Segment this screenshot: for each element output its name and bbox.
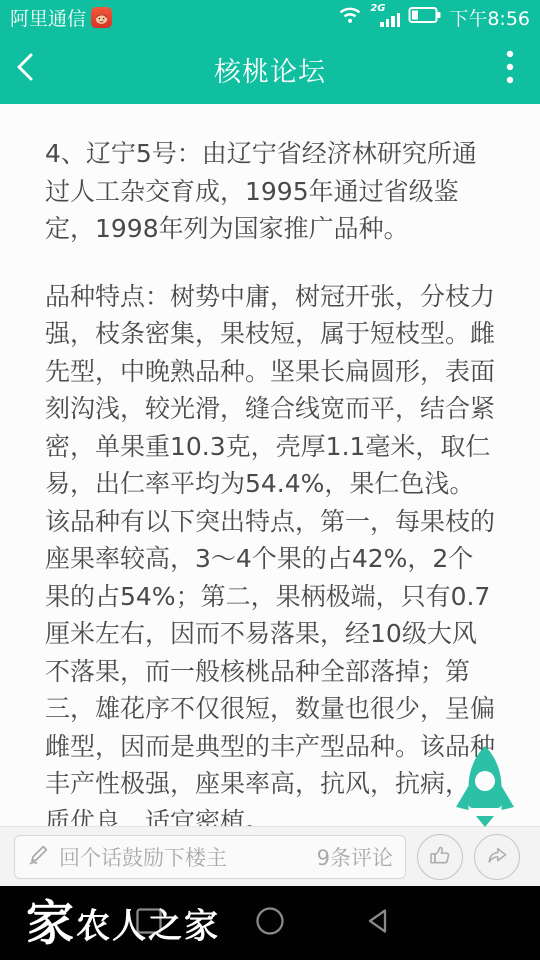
wifi-icon [338,5,362,29]
monkey-emoji-icon [91,7,112,28]
status-bar: 阿里通信 2G [0,0,540,34]
reply-placeholder: 回个话鼓励下楼主 [59,842,227,872]
clock-label: 下午8:56 [449,4,530,31]
chevron-left-icon [12,50,38,88]
post-paragraph-intro: 4、辽宁5号：由辽宁省经济林研究所通过人工杂交育成，1995年通过省级鉴定，19… [45,135,495,248]
battery-icon [408,6,441,29]
back-nav-button[interactable] [365,907,391,939]
app-header: 核桃论坛 [0,34,540,104]
pencil-icon [27,842,51,871]
post-paragraph-traits: 品种特点：树势中庸，树冠开张，分枝力强，枝条密集，果枝短，属于短枝型。雌先型，中… [45,278,495,827]
comment-bar: 回个话鼓励下楼主 9条评论 [0,826,540,886]
comment-count-label[interactable]: 9条评论 [317,842,393,872]
reply-input[interactable]: 回个话鼓励下楼主 9条评论 [14,835,406,879]
post-content-scroll-area[interactable]: 4、辽宁5号：由辽宁省经济林研究所通过人工杂交育成，1995年通过省级鉴定，19… [0,104,540,826]
signal-bars-icon: 2G [370,5,400,29]
status-right: 2G 下午8:56 [338,4,530,31]
phone-screen: 阿里通信 2G [0,0,540,960]
home-button[interactable] [255,906,285,940]
share-button[interactable] [474,834,520,880]
back-button[interactable] [12,44,56,94]
circle-icon [255,921,285,940]
logo-text: 农人之家 [76,899,220,948]
like-button[interactable] [417,834,463,880]
carrier-label: 阿里通信 [10,4,86,31]
page-title: 核桃论坛 [0,50,540,89]
share-forward-icon [483,841,511,873]
logo-icon: 家 [26,899,74,947]
triangle-left-icon [365,920,391,939]
vertical-ellipsis-icon [506,49,514,89]
app-watermark-logo: 家 农人之家 [26,899,220,948]
status-left: 阿里通信 [10,4,112,31]
android-nav-bar: 家 农人之家 [0,886,540,960]
thumbs-up-icon [426,841,454,873]
overflow-menu-button[interactable] [492,44,528,94]
back-to-top-rocket-button[interactable] [454,744,516,828]
rocket-icon [454,813,516,832]
